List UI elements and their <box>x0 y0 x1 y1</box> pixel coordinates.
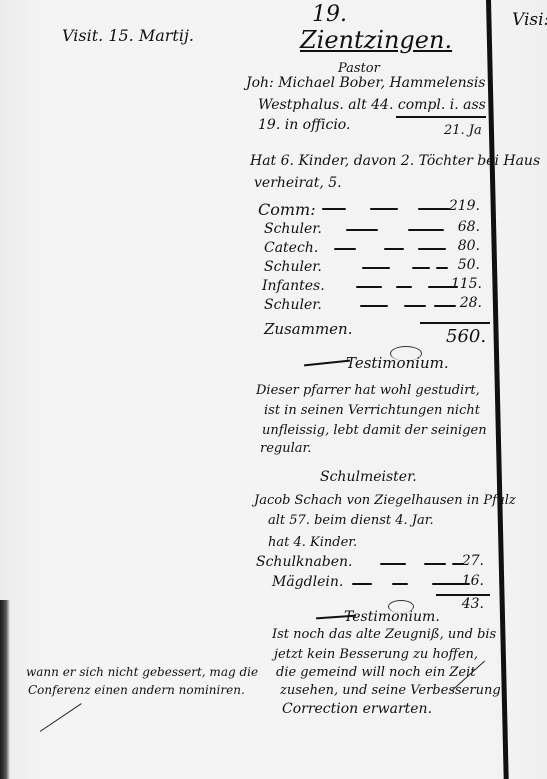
testimonium-title: Testimonium. <box>344 610 440 624</box>
tally-label: Schulknaben. <box>256 554 353 570</box>
tally-dash <box>334 248 356 250</box>
pastor-margin-note: 21. Ja <box>444 124 482 137</box>
testimonium-line-1: Ist noch das alte Zeugniß, und bis <box>272 628 496 641</box>
manuscript-page: Visit. 15. Martij. 19. Zientzingen. Visi… <box>0 0 547 779</box>
margin-note-line-1: wann er sich nicht gebessert, mag die <box>26 666 258 678</box>
divider <box>396 116 486 118</box>
testimonium-line-4: regular. <box>260 442 311 455</box>
tally-value: 80. <box>440 238 480 254</box>
total-value: 43. <box>444 596 484 612</box>
next-page-fragment: Visi: <box>512 12 547 29</box>
testimonium-line-2: ist in seinen Verrichtungen nicht <box>264 404 480 417</box>
schoolmaster-title: Schulmeister. <box>320 470 417 484</box>
place-name: Zientzingen. <box>300 28 452 52</box>
tally-dash <box>370 208 398 210</box>
tally-dash <box>352 583 372 585</box>
tally-label: Infantes. <box>262 278 325 294</box>
tally-dash <box>384 248 404 250</box>
schoolmaster-line-2: alt 57. beim dienst 4. Jar. <box>268 514 434 527</box>
testimonium-line-3: unfleissig, lebt damit der seinigen <box>262 424 487 437</box>
total-label: Zusammen. <box>264 320 352 338</box>
margin-note-stroke <box>40 703 82 732</box>
tally-value: 115. <box>442 276 482 292</box>
tally-dash <box>380 563 406 565</box>
tally-label: Schuler. <box>264 297 322 313</box>
tally-dash <box>408 229 444 231</box>
tally-label: Schuler. <box>264 259 322 275</box>
testimonium-line-3: die gemeind will noch ein Zeit <box>276 666 476 679</box>
testimonium-title: Testimonium. <box>346 356 449 371</box>
pastor-line-3: 19. in officio. <box>258 118 350 132</box>
tally-dash <box>424 563 446 565</box>
testimonium-line-5: Correction erwarten. <box>282 702 432 716</box>
tally-dash <box>404 305 426 307</box>
page-number: 19. <box>312 4 347 26</box>
tally-value: 28. <box>442 295 482 311</box>
tally-label: Schuler. <box>264 221 322 237</box>
tally-dash <box>362 267 390 269</box>
sum-rule <box>420 322 490 324</box>
testimonium-line-1: Dieser pfarrer hat wohl gestudirt, <box>256 384 480 397</box>
pastor-line-2: Westphalus. alt 44. compl. i. ass <box>258 98 486 112</box>
title-flourish <box>304 360 350 367</box>
tally-value: 16. <box>444 573 484 589</box>
tally-value: 27. <box>444 553 484 569</box>
pastor-title: Pastor <box>338 62 380 75</box>
tally-value: 219. <box>440 198 480 214</box>
tally-label: Mägdlein. <box>272 574 343 590</box>
tally-dash <box>356 286 382 288</box>
tally-dash <box>360 305 388 307</box>
testimonium-line-2: jetzt kein Besserung zu hoffen, <box>274 648 478 661</box>
schoolmaster-line-3: hat 4. Kinder. <box>268 536 357 549</box>
pastor-family-line-1: Hat 6. Kinder, davon 2. Töchter bei Haus <box>250 154 540 168</box>
tally-label: Catech. <box>264 240 318 256</box>
right-margin-rule <box>486 0 509 779</box>
tally-value: 68. <box>440 219 480 235</box>
tally-label: Comm: <box>258 200 316 219</box>
tally-value: 50. <box>440 257 480 273</box>
pastor-line-1: Joh: Michael Bober, Hammelensis <box>246 76 486 90</box>
testimonium-line-4: zusehen, und seine Verbesserung <box>280 684 501 697</box>
total-value: 560. <box>446 326 486 347</box>
visitation-date: Visit. 15. Martij. <box>62 28 194 44</box>
schoolmaster-line-1: Jacob Schach von Ziegelhausen in Pfalz <box>254 494 516 507</box>
margin-note-line-2: Conferenz einen andern nominiren. <box>28 684 245 696</box>
tally-dash <box>322 208 346 210</box>
page-binding-shadow <box>0 600 10 779</box>
tally-dash <box>346 229 378 231</box>
tally-dash <box>396 286 412 288</box>
tally-dash <box>392 583 408 585</box>
pastor-family-line-2: verheirat, 5. <box>254 176 342 190</box>
tally-dash <box>412 267 430 269</box>
